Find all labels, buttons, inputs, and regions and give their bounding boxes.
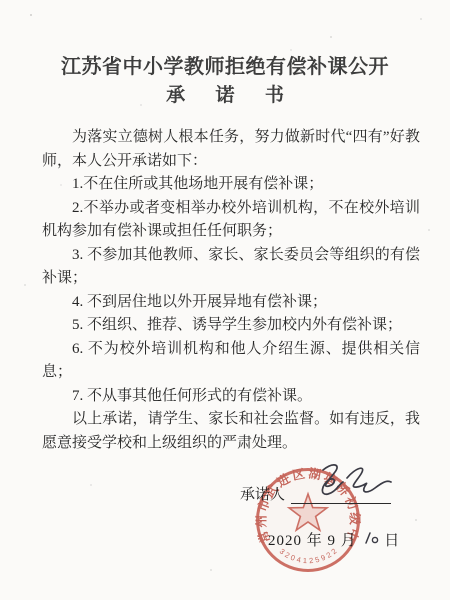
scan-noise <box>30 14 32 16</box>
signer-label: 承诺人 <box>240 487 285 503</box>
handwritten-signature <box>295 458 413 510</box>
paragraph-item-2: 2.不举办或者变相举办校外培训机构，不在校外培训机构参加有偿补课或担任任何职务； <box>42 197 420 244</box>
paragraph-item-3: 3. 不参加其他教师、家长、家长委员会等组织的有偿补课； <box>42 244 420 291</box>
paragraph-item-6: 6. 不为校外培训机构和他人介绍生源、提供相关信息； <box>42 338 420 385</box>
document-title-line2: 承诺书 <box>0 80 450 107</box>
paragraph-item-7: 7. 不从事其他任何形式的有偿补课。 <box>42 385 420 409</box>
paragraph-item-4: 4. 不到居住地以外开展异地有偿补课； <box>42 291 420 315</box>
date-printed-prefix: 2020 年 9 月 <box>268 533 357 549</box>
handwritten-day <box>362 530 380 548</box>
paragraph-intro: 为落实立德树人根本任务，努力做新时代“四有”好教师，本人公开承诺如下： <box>42 126 420 173</box>
pledge-body: 为落实立德树人根本任务，努力做新时代“四有”好教师，本人公开承诺如下： 1.不在… <box>42 126 420 455</box>
paragraph-item-1: 1.不在住所或其他场地开展有偿补课； <box>42 173 420 197</box>
paragraph-closing: 以上承诺，请学生、家长和社会监督。如有违反，我愿意接受学校和上级组织的严肃处理。 <box>42 408 420 455</box>
pledge-document-page: 江苏省中小学教师拒绝有偿补课公开 承诺书 为落实立德树人根本任务，努力做新时代“… <box>0 0 450 600</box>
date-row: 2020 年 9 月 日 <box>268 529 400 550</box>
document-title-line1: 江苏省中小学教师拒绝有偿补课公开 <box>0 50 450 79</box>
paragraph-item-5: 5. 不组织、推荐、诱导学生参加校内外有偿补课； <box>42 314 420 338</box>
date-printed-suffix: 日 <box>384 533 400 549</box>
